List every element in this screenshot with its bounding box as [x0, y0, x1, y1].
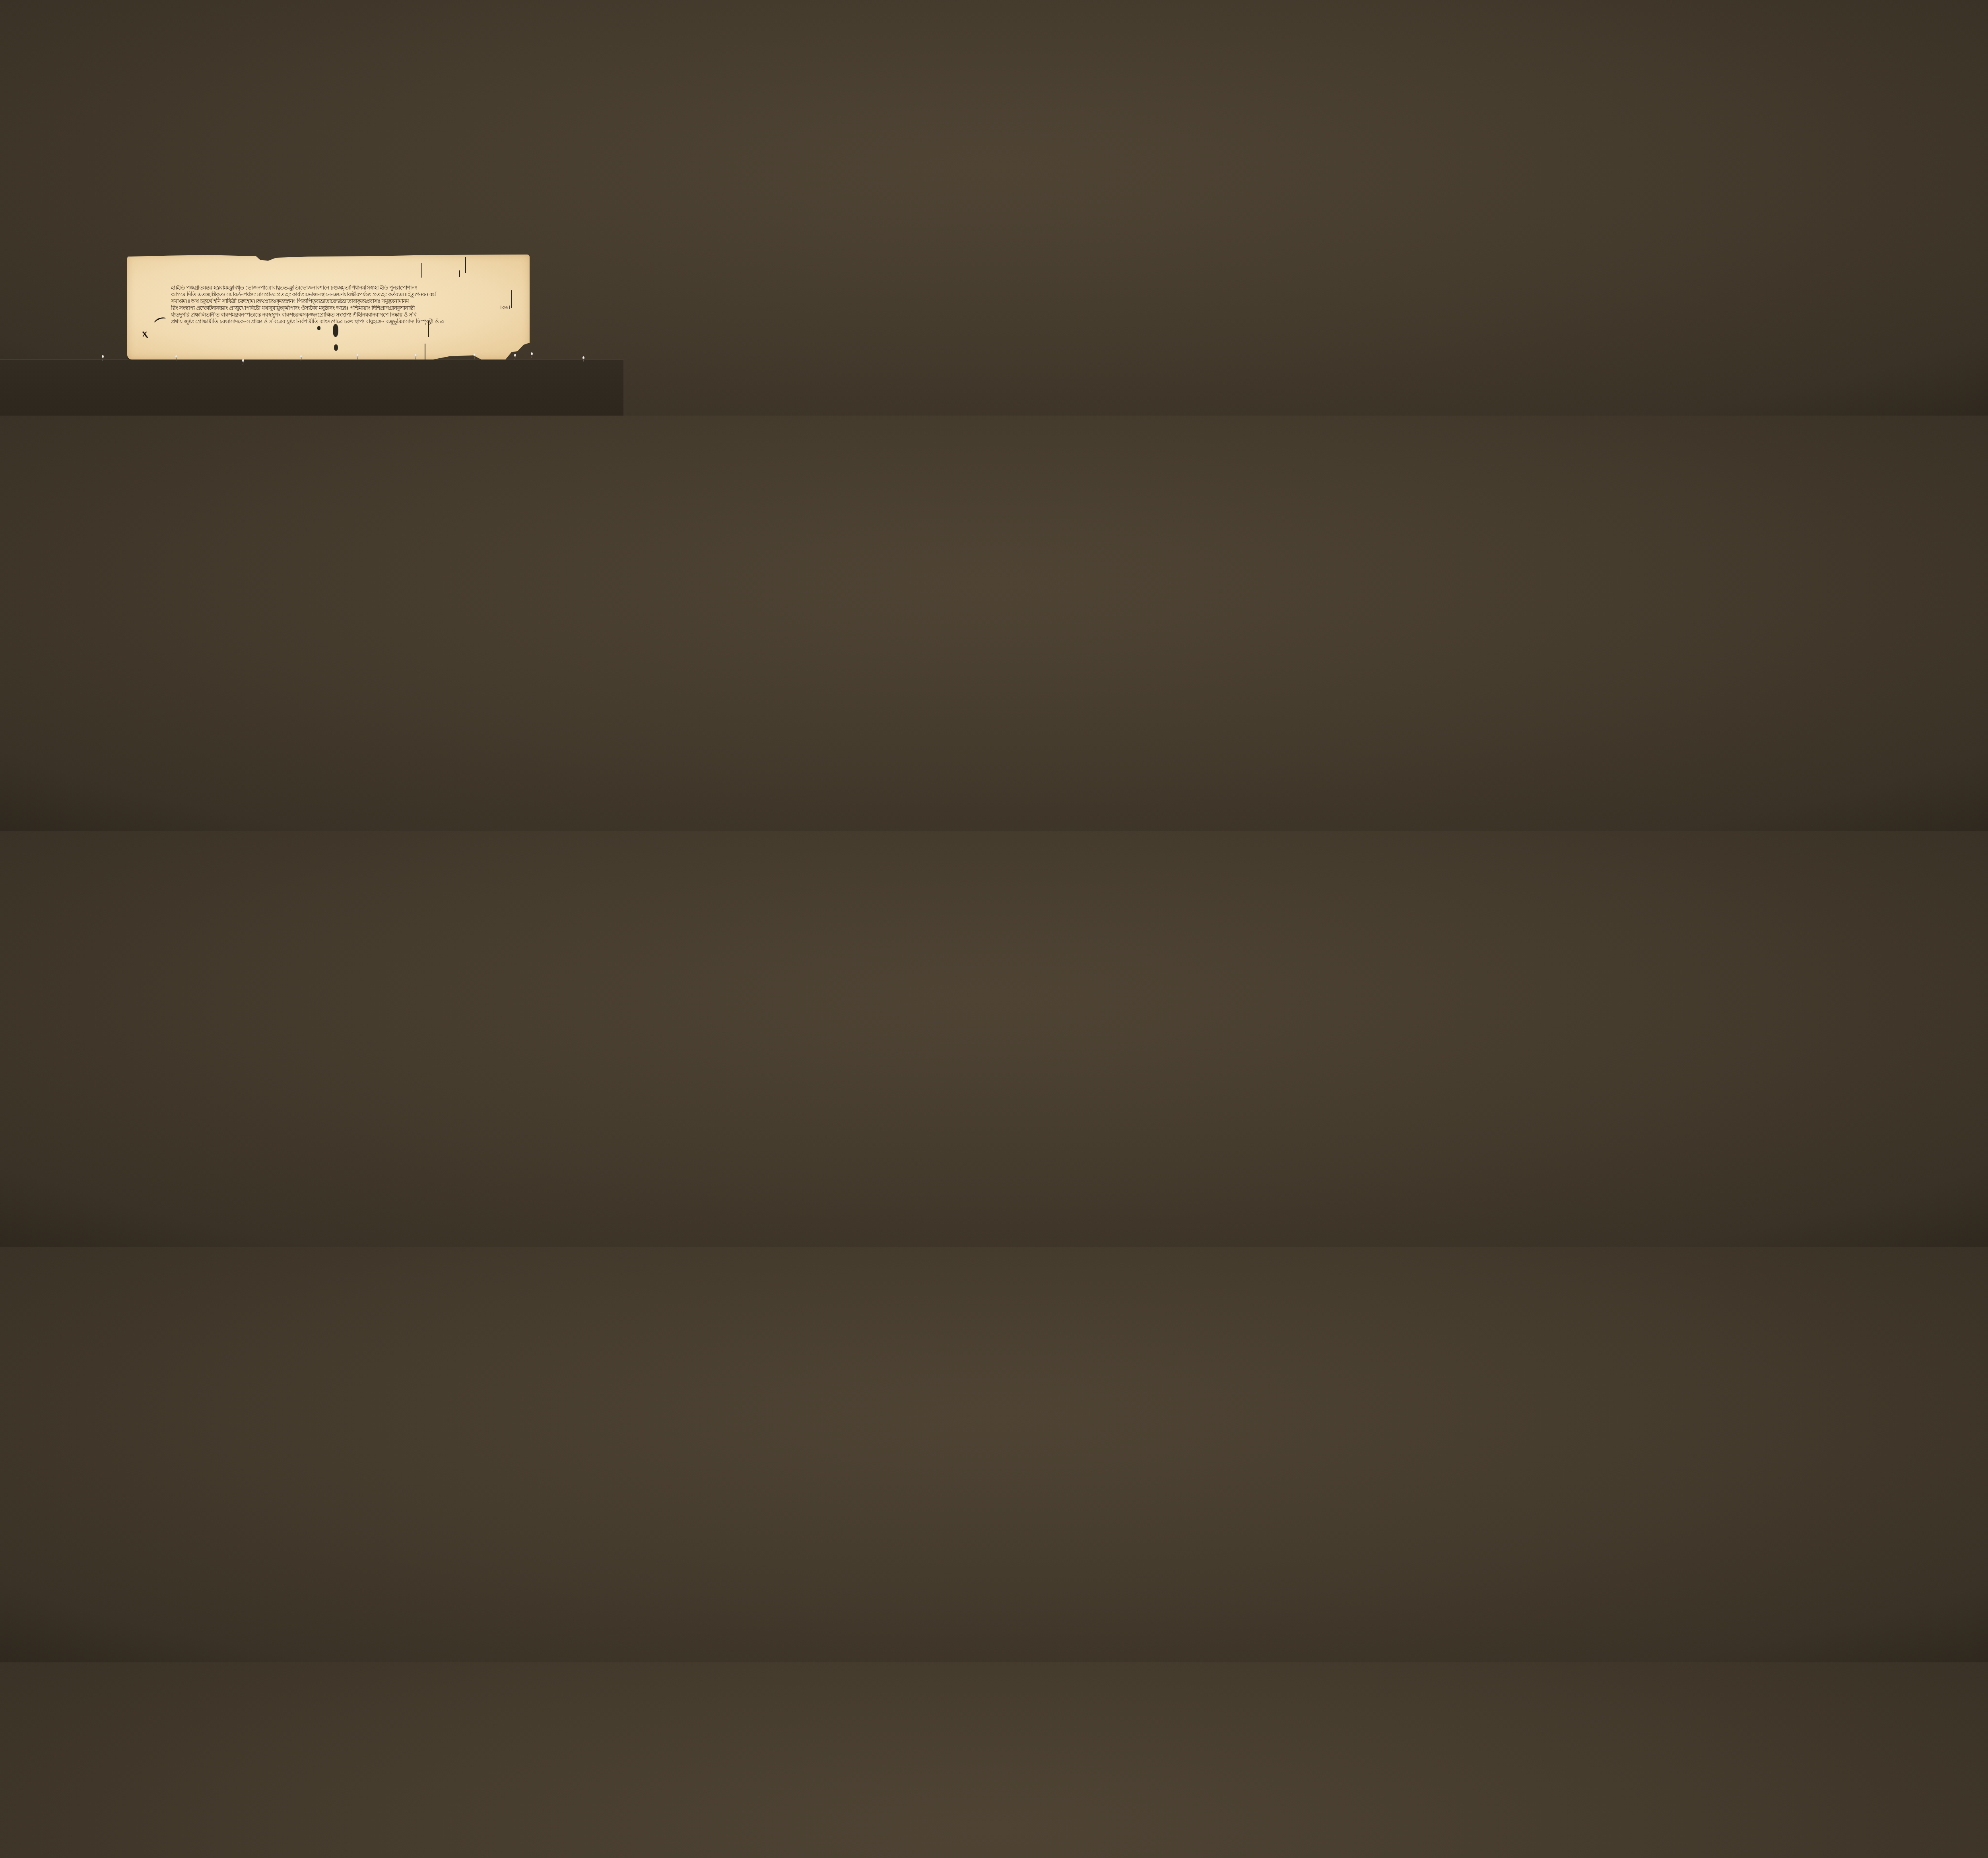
worm-hole — [333, 324, 338, 337]
paper-crack — [425, 344, 425, 360]
paper-crack — [428, 321, 429, 337]
manuscript-text: হা।ইতি পঞ্চগ্রতিমন্তর হস্তবামহস্তুবিধৃত … — [171, 285, 495, 325]
manuscript-folio: হা।ইতি পঞ্চগ্রতিমন্তর হস্তবামহস্তুবিধৃত … — [127, 255, 530, 360]
mounting-pin — [474, 354, 476, 356]
mounting-pin — [102, 355, 104, 358]
mounting-pin — [582, 356, 584, 359]
worm-hole — [317, 326, 320, 330]
folio-number: ।৩৬। — [500, 304, 510, 312]
mounting-pin — [175, 355, 177, 358]
text-line-5: র্য্যতদুপরি প্রক্ষালিতানীত বারুণমন্ত্রবন… — [171, 312, 495, 319]
backdrop-board-lower — [0, 359, 623, 416]
mounting-pin — [357, 354, 359, 357]
text-line-3: সমাপ্তম।।৷ অথ চতুর্থে হনি সাবিত্রী চরুহো… — [171, 298, 495, 305]
mounting-pin — [242, 359, 244, 362]
paper-crack — [421, 263, 422, 278]
paper-crack — [511, 290, 512, 308]
cross-mark-icon: ⲭ — [142, 327, 147, 340]
paper-crack — [459, 270, 460, 277]
worm-hole — [334, 344, 338, 351]
text-line-1: হা।ইতি পঞ্চগ্রতিমন্তর হস্তবামহস্তুবিধৃত … — [171, 285, 495, 292]
paper-crack — [465, 257, 466, 273]
mounting-pin — [300, 355, 302, 358]
hook-mark-icon: ⌒ — [152, 313, 169, 333]
text-line-4: গ্নিং সংস্থাপ্য প্রস্ফোটনানন্তরং প্রাঙ্ম… — [171, 305, 495, 312]
mounting-pin — [531, 352, 533, 355]
text-line-6: প্রথায় জুষ্টং প্রোক্ষামীতি চরুমাসাদকেনস… — [171, 319, 495, 325]
mounting-pin — [415, 354, 417, 357]
mounting-pin — [514, 354, 516, 357]
text-line-2: আগমে দিতি এতচ্ছাগ্নিকৃত্য সমাবর্তনপর্যন্… — [171, 292, 495, 298]
